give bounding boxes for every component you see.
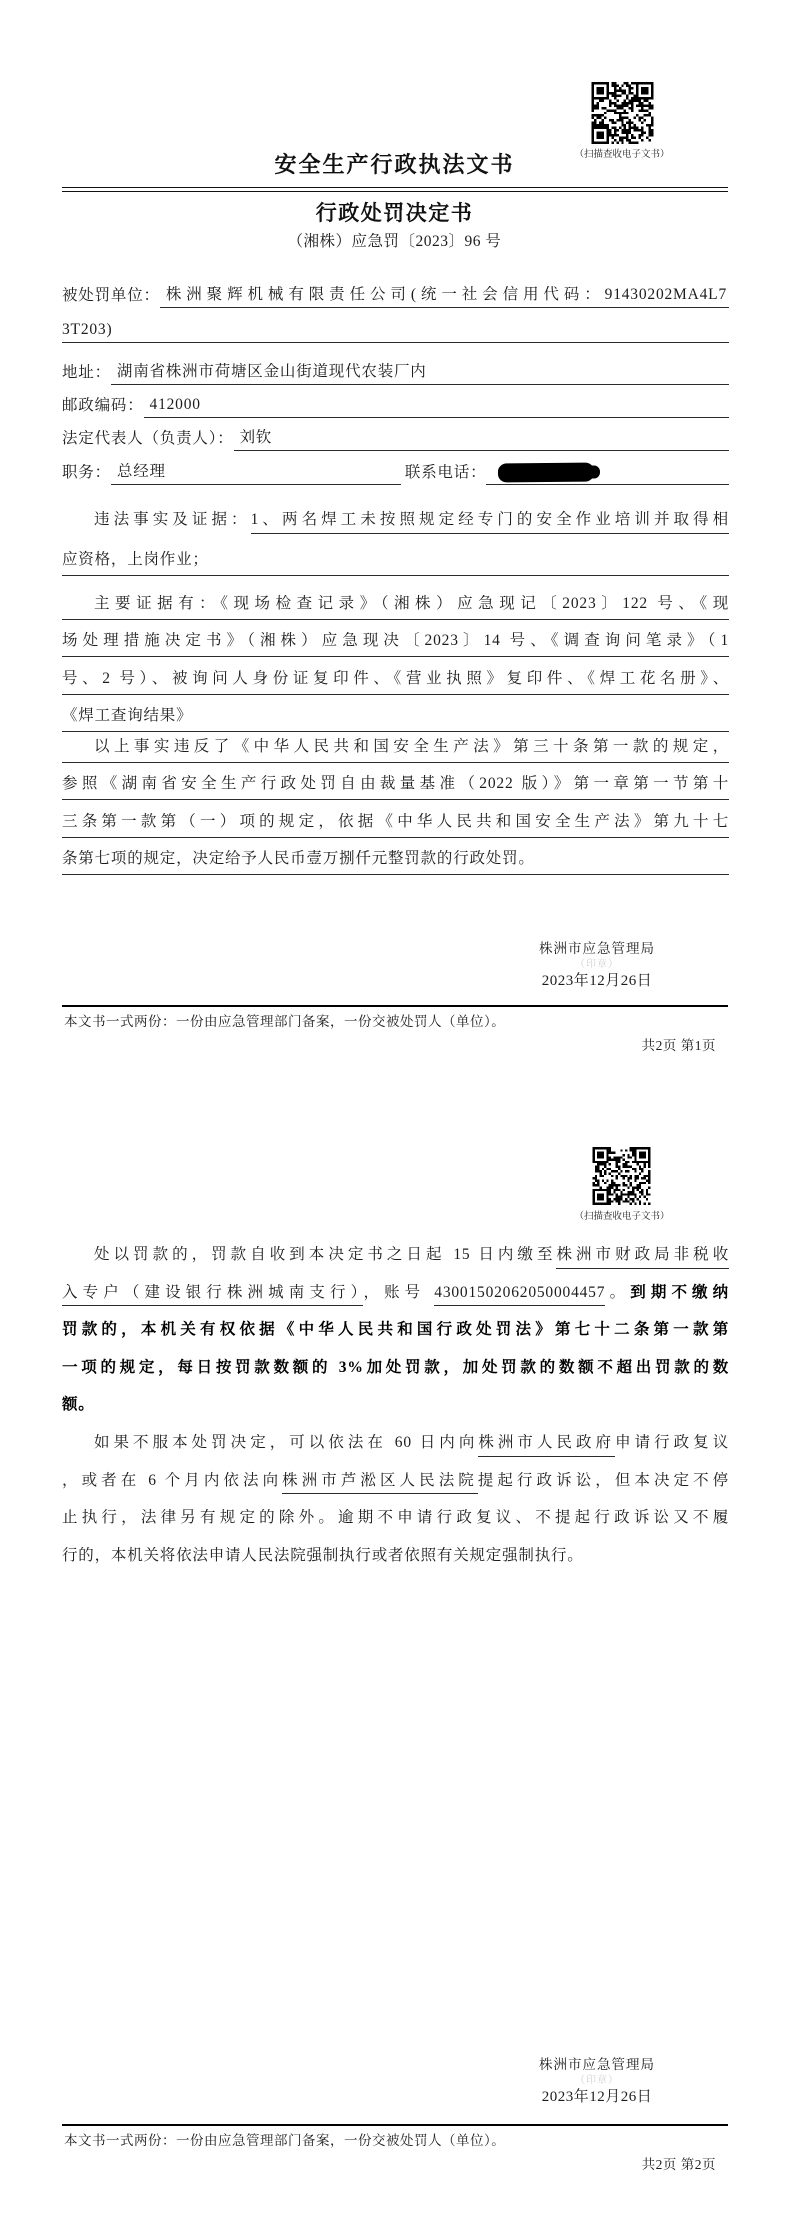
penalty-decision-document: （扫描查收电子文书） 安全生产行政执法文书 行政处罚决定书 （湘株）应急罚〔20… <box>0 0 789 2236</box>
footer-rule-page2 <box>62 2124 728 2126</box>
decision-title: 行政处罚决定书 <box>0 197 789 227</box>
field-value-phone <box>486 481 729 485</box>
field-row-unit-continued: 3T203) <box>62 317 729 343</box>
qr-code-icon <box>591 82 654 144</box>
page-indicator-page2: 共2页 第2页 <box>62 2153 716 2173</box>
footer-note-page1: 本文书一式两份：一份由应急管理部门备案，一份交被处罚人（单位）。 <box>64 1012 728 1031</box>
issuing-agency: 株洲市应急管理局 <box>539 940 655 958</box>
field-row-punished-unit: 被处罚单位： 株洲聚辉机械有限责任公司(统一社会信用代码：91430202MA4… <box>62 282 729 308</box>
issuing-agency: 株洲市应急管理局 <box>539 2056 655 2074</box>
footer-rule-page1 <box>62 1005 728 1007</box>
field-row-legal-representative: 法定代表人（负责人）： 刘钦 <box>62 425 729 451</box>
field-label-phone: 联系电话： <box>401 460 487 485</box>
signature-block-page1: 株洲市应急管理局 （印章） 2023年12月26日 <box>539 940 655 991</box>
double-rule-divider <box>62 187 728 192</box>
footer-note-page2: 本文书一式两份：一份由应急管理部门备案，一份交被处罚人（单位）。 <box>64 2131 728 2150</box>
paragraph-main-evidence: 主要证据有：《现场检查记录》（湘株）应急现记〔2023〕122 号、《现场处理措… <box>62 582 729 732</box>
field-label-position: 职务： <box>62 460 111 485</box>
decision-date: 2023年12月26日 <box>539 971 655 991</box>
field-value-postcode: 412000 <box>144 396 729 418</box>
field-value-position: 总经理 <box>111 459 401 485</box>
field-row-position-phone: 职务： 总经理 联系电话： <box>62 459 729 485</box>
field-label-unit: 被处罚单位： <box>62 283 160 308</box>
seal-ghost: （印章） <box>539 958 655 971</box>
field-label-postcode: 邮政编码： <box>62 393 144 418</box>
paragraph-violation-decision: 以上事实违反了《中华人民共和国安全生产法》第三十条第一款的规定，参照《湖南省安全… <box>62 725 729 875</box>
field-value-legal-representative: 刘钦 <box>234 425 729 451</box>
field-row-address: 地址： 湖南省株洲市荷塘区金山街道现代农装厂内 <box>62 359 729 385</box>
qr-caption: （扫描查收电子文书） <box>542 1208 702 1222</box>
field-label-address: 地址： <box>62 360 111 385</box>
paragraph-payment-instructions: 处以罚款的，罚款自收到本决定书之日起 15 日内缴至株洲市财政局非税收入专户（建… <box>62 1236 729 1424</box>
field-value-unit: 株洲聚辉机械有限责任公司(统一社会信用代码：91430202MA4L7 <box>160 282 729 308</box>
document-series-title: 安全生产行政执法文书 <box>0 148 789 179</box>
paragraph-facts-evidence: 违法事实及证据：1、两名焊工未按照规定经专门的安全作业培训并取得相应资格，上岗作… <box>62 501 729 576</box>
field-value-unit-continued: 3T203) <box>62 321 729 343</box>
qr-code-icon <box>590 1147 653 1205</box>
decision-date: 2023年12月26日 <box>539 2087 655 2107</box>
document-number: （湘株）应急罚〔2023〕96 号 <box>0 229 789 251</box>
paragraph-appeal-rights: 如果不服本处罚决定，可以依法在 60 日内向株洲市人民政府申请行政复议，或者在 … <box>62 1424 729 1574</box>
field-row-postcode: 邮政编码： 412000 <box>62 392 729 418</box>
field-value-address: 湖南省株洲市荷塘区金山街道现代农装厂内 <box>111 359 729 385</box>
seal-ghost: （印章） <box>539 2074 655 2087</box>
page-indicator-page1: 共2页 第1页 <box>62 1034 716 1054</box>
signature-block-page2: 株洲市应急管理局 （印章） 2023年12月26日 <box>539 2056 655 2107</box>
redaction-bar <box>498 462 594 482</box>
field-label-legal-representative: 法定代表人（负责人）： <box>62 426 234 451</box>
